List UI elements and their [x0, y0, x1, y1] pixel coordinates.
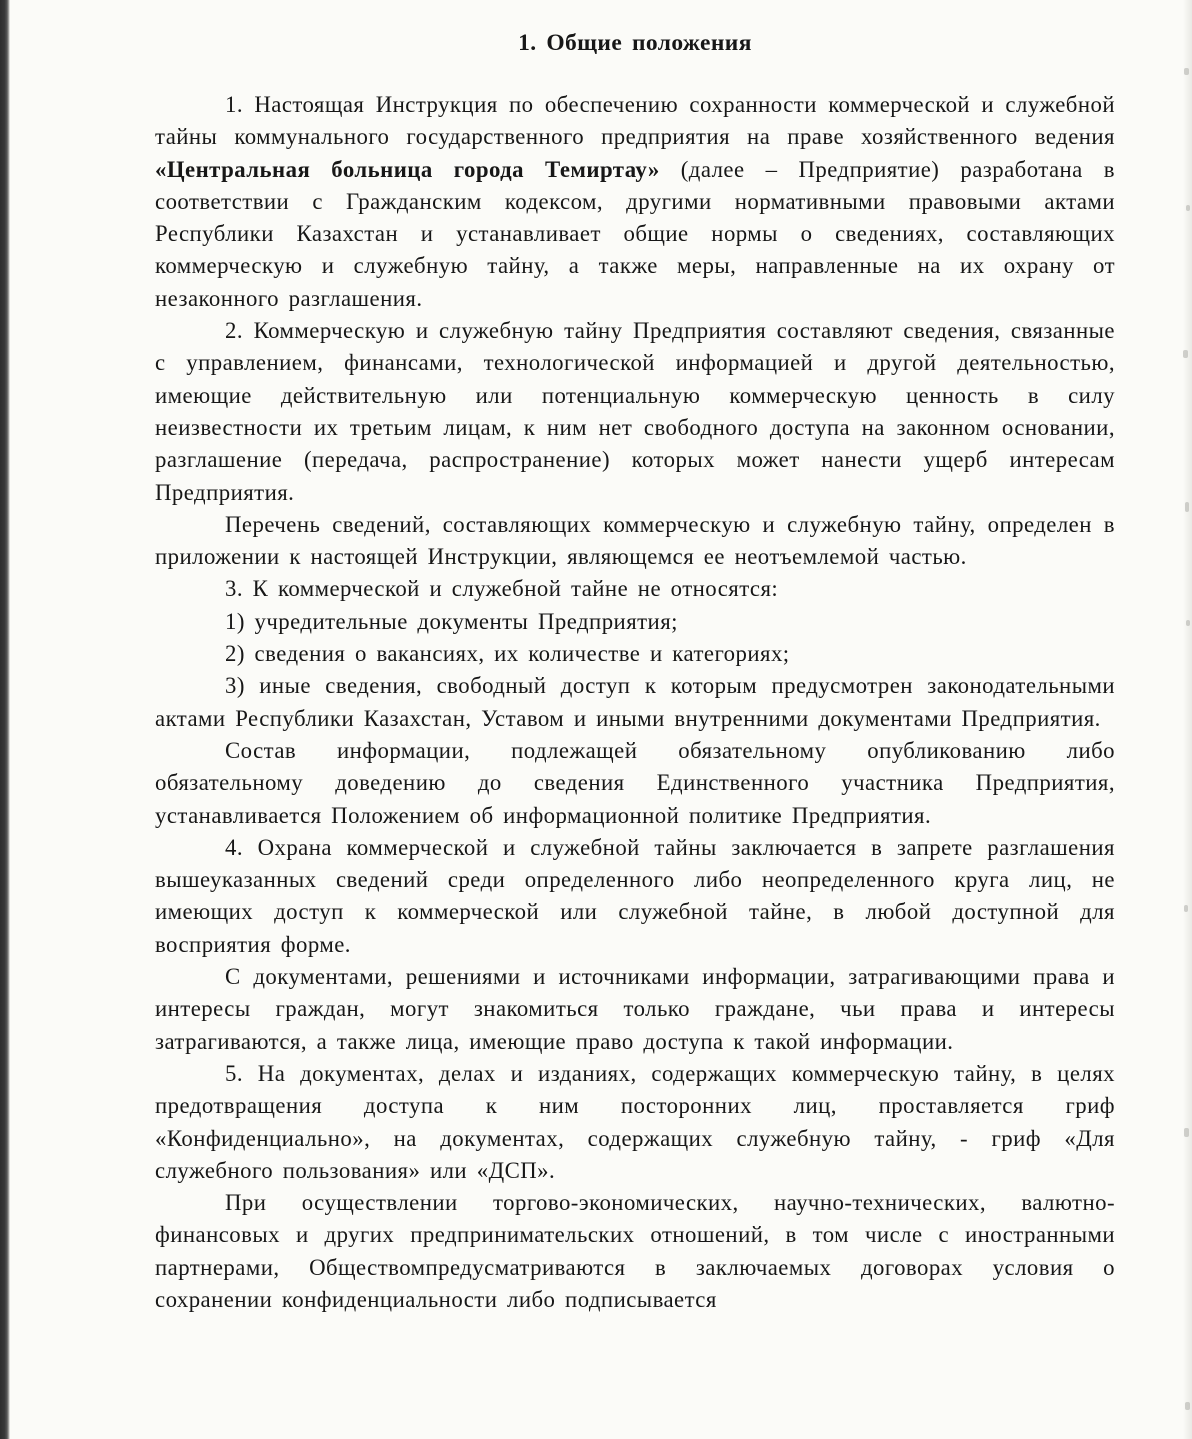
scan-speck	[1186, 620, 1190, 626]
scan-speck	[1183, 350, 1188, 358]
paragraph-5: Состав информации, подлежащей обязательн…	[155, 735, 1115, 832]
scan-speck	[1184, 1128, 1189, 1137]
scan-speck	[1185, 1402, 1190, 1410]
paragraph-4: 3. К коммерческой и служебной тайне не о…	[155, 573, 1115, 605]
paragraph-9: При осуществлении торгово-экономических,…	[155, 1187, 1115, 1316]
document-body: 1. Общие положения 1. Настоящая Инструкц…	[155, 28, 1115, 1316]
list-item-1: 1) учредительные документы Предприятия;	[155, 606, 1115, 638]
paragraph-1-text: 1. Настоящая Инструкция по обеспечению с…	[155, 92, 1115, 149]
paragraph-7: С документами, решениями и источниками и…	[155, 961, 1115, 1058]
scan-speck	[1184, 905, 1188, 912]
enterprise-name-bold: «Центральная больница города Темиртау»	[155, 157, 660, 182]
paragraph-6: 4. Охрана коммерческой и служебной тайны…	[155, 832, 1115, 961]
paragraph-2: 2. Коммерческую и служебную тайну Предпр…	[155, 315, 1115, 509]
scan-speck	[1185, 502, 1189, 512]
scan-speck	[1184, 68, 1189, 75]
scan-speck	[1186, 205, 1190, 211]
list-item-3: 3) иные сведения, свободный доступ к кот…	[155, 670, 1115, 735]
list-item-2: 2) сведения о вакансиях, их количестве и…	[155, 638, 1115, 670]
page-title: 1. Общие положения	[155, 28, 1115, 58]
scan-right-edge-band	[1183, 0, 1192, 1439]
paragraph-8: 5. На документах, делах и изданиях, соде…	[155, 1058, 1115, 1187]
paragraph-3: Перечень сведений, составляющих коммерче…	[155, 509, 1115, 574]
scan-binding-shadow	[0, 0, 10, 1439]
document-page: 1. Общие положения 1. Настоящая Инструкц…	[0, 0, 1192, 1439]
paragraph-1: 1. Настоящая Инструкция по обеспечению с…	[155, 89, 1115, 315]
